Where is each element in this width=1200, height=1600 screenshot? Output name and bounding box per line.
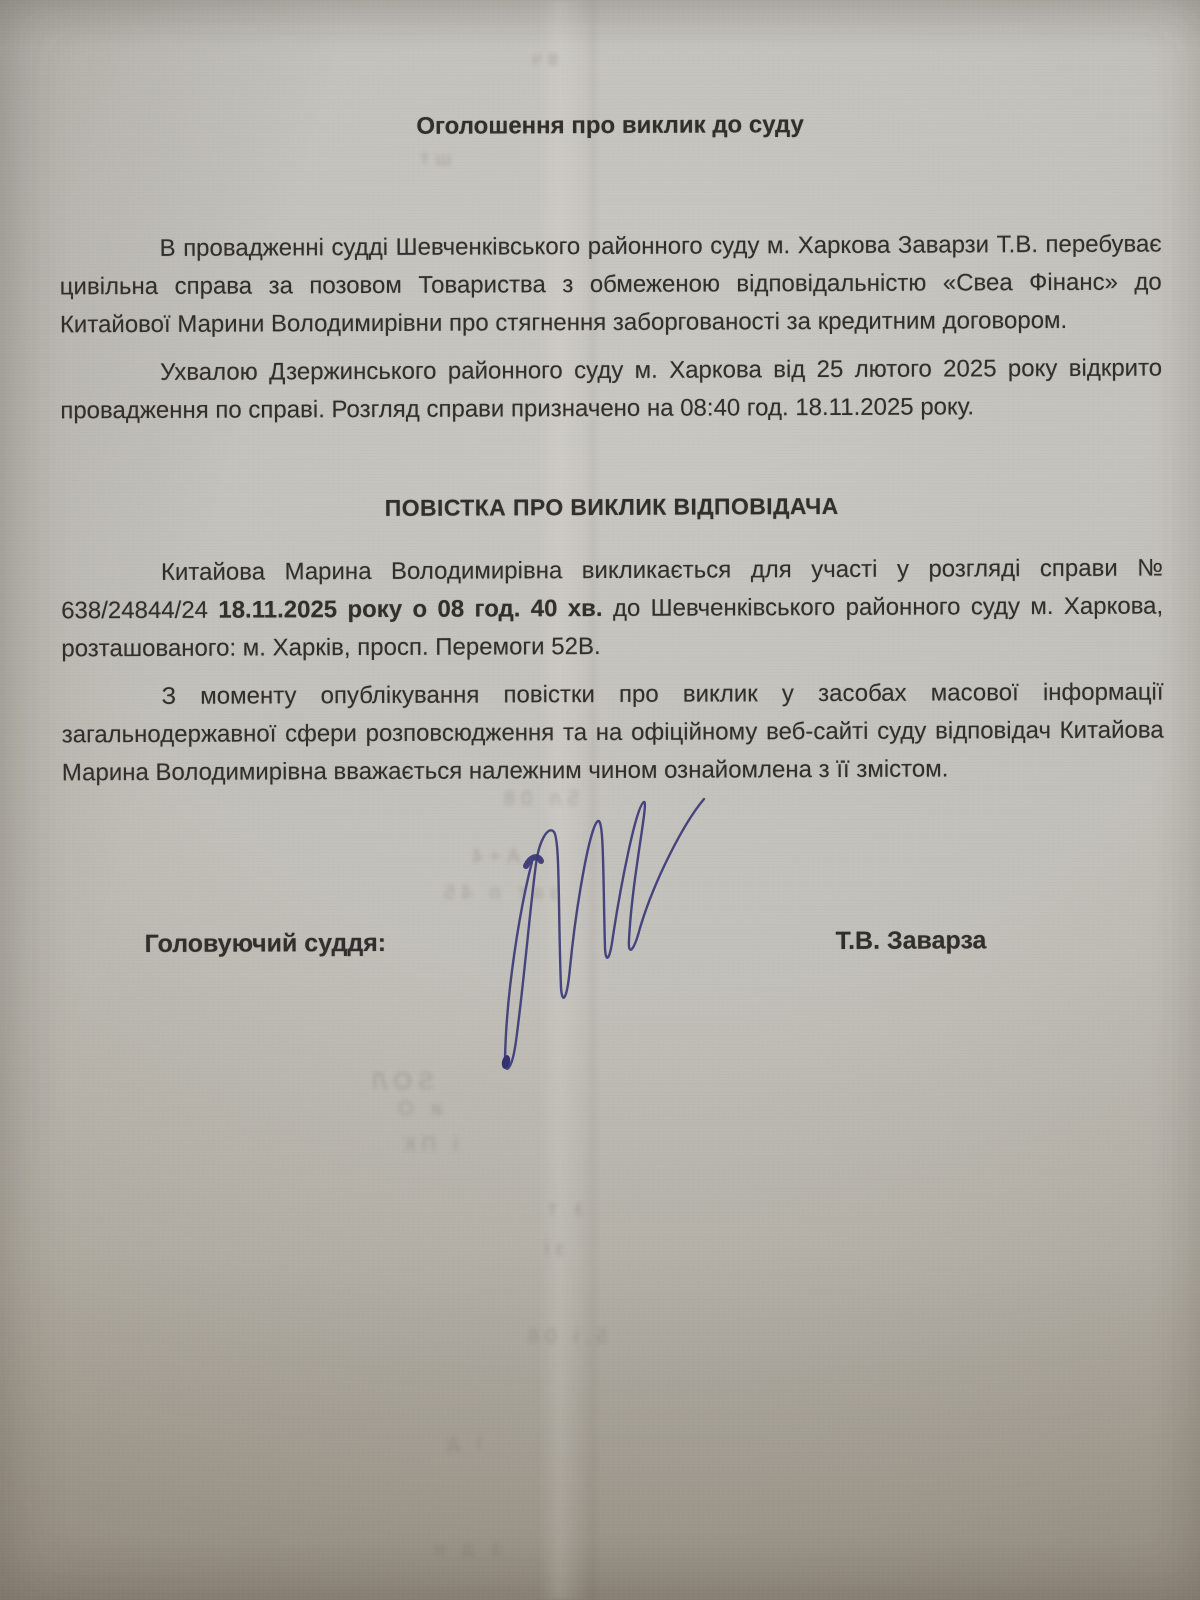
handwritten-signature-ink: [450, 778, 750, 1078]
paragraph-proceedings-opened: Ухвалою Дзержинського районного суду м. …: [60, 350, 1162, 431]
case-number: 638/24844/24: [61, 597, 218, 625]
document-title: Оголошення про виклик до суду: [59, 110, 1161, 143]
hearing-datetime: 18.11.2025 року о 08 год. 40 хв.: [218, 595, 602, 624]
paragraph-summons-details: Китайова Марина Володимирівна викликаєть…: [61, 550, 1163, 669]
judge-name: Т.В. Заварза: [836, 926, 987, 956]
presiding-judge-label: Головуючий суддя:: [145, 929, 387, 959]
paragraph-publication-notice: З моменту опублікування повістки про вик…: [61, 674, 1163, 793]
summons-heading: ПОВІСТКА ПРО ВИКЛИК ВІДПОВІДАЧА: [61, 492, 1163, 524]
paragraph-case-info: В провадженні судді Шевченківського райо…: [60, 226, 1162, 345]
summons-line-case-number: Китайова Марина Володимирівна викликаєть…: [61, 550, 1163, 593]
summons-date-location: 638/24844/24 18.11.2025 року о 08 год. 4…: [61, 588, 1163, 669]
photographed-court-document: вч шт 5л 08 А+4 зат п 45 ЅОЛ и О і ПК з …: [0, 0, 1200, 1600]
